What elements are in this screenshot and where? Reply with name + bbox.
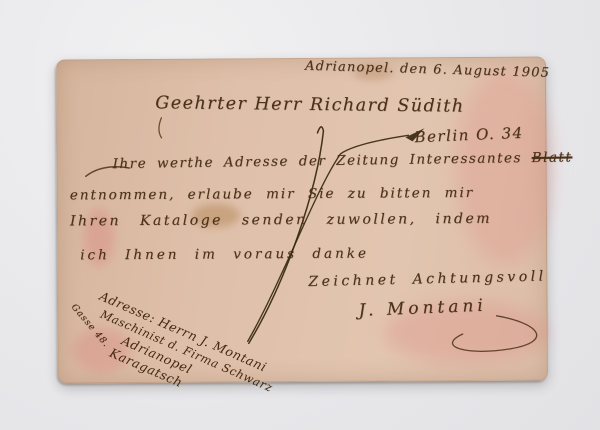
postcard: Adrianopel. den 6. August 1905 Geehrter … [56,57,548,384]
salutation: Geehrter Herr Richard Südith [155,93,465,117]
body-line-4: ich Ihnen im voraus danke [80,246,369,264]
signature-flourish [452,316,536,352]
photo-background: Adrianopel. den 6. August 1905 Geehrter … [0,0,600,430]
body-line-3: Ihren Kataloge senden zuwollen, indem [70,211,492,230]
body-line-2: entnommen, erlaube mir Sie zu bitten mir [70,185,474,203]
struck-word: Blatt [532,149,573,166]
salutation-descender [159,118,162,138]
